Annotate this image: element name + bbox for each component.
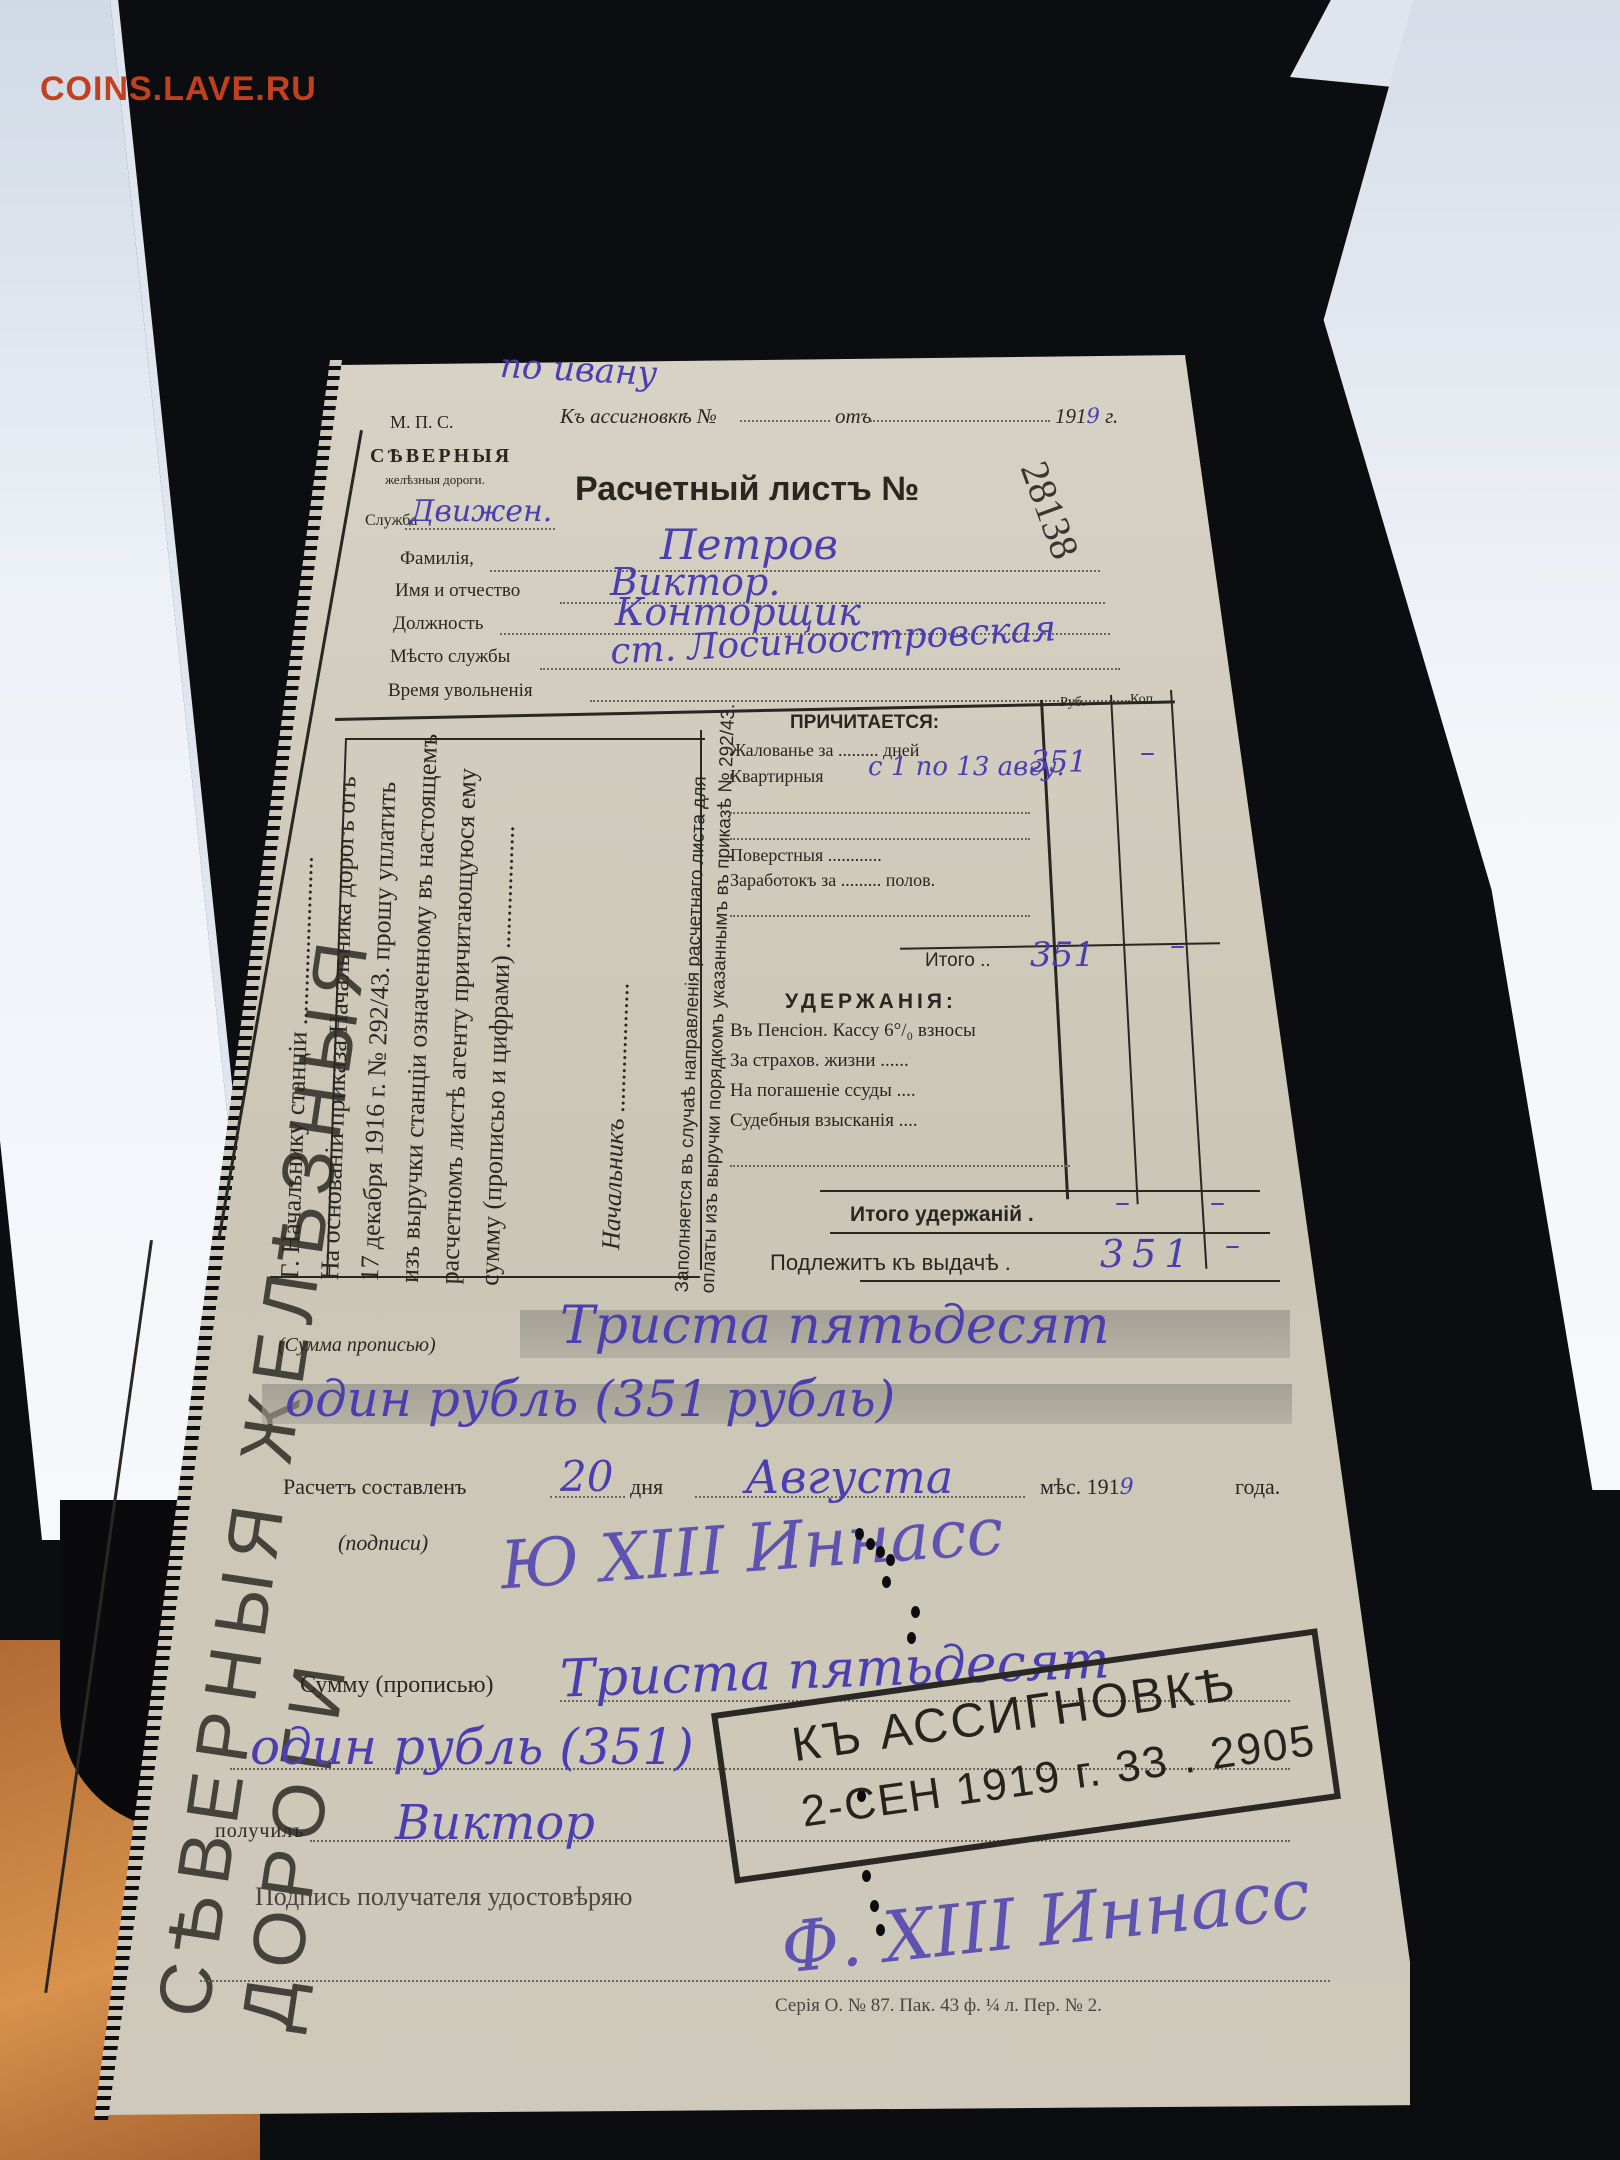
year-label: года. [1235, 1474, 1280, 1500]
year-suffix: г. [1105, 404, 1118, 428]
signatures-label: (подписи) [338, 1530, 428, 1556]
deductions-total-rub: – [1115, 1185, 1130, 1220]
certify-label: Подпись получателя удостовѣряю [255, 1882, 632, 1912]
order-box-top [345, 738, 705, 740]
year-prefix: 191 [1055, 404, 1087, 428]
month-label: мѣс. 1919 [1040, 1474, 1134, 1500]
deductions-total-label: Итого удержаній . [850, 1203, 1034, 1227]
payroll-sheet: СѢВЕРНЫЯ ЖЕЛѢЗНЫЯ ДОРОГИ по ивану М. П. … [0, 0, 1620, 2160]
footer-print-info: Серія О. № 87. Пак. 43 ф. ¼ л. Пер. № 2. [775, 1995, 1102, 2017]
from-label: отъ [835, 404, 872, 429]
bottom-line [200, 1980, 1330, 1982]
payable-label: Подлежитъ къ выдачѣ . [770, 1250, 1011, 1276]
deduction-blank-line [730, 1165, 1070, 1167]
deductions-heading: УДЕРЖАНІЯ: [785, 990, 957, 1014]
field-value-service: Движен. [410, 494, 552, 529]
accrued-blank-line [730, 838, 1030, 840]
drawn-up-year: 9 [1120, 1475, 1134, 1500]
drawn-up-month: Августа [745, 1450, 953, 1504]
field-label-name: Имя и отчество [395, 580, 520, 602]
payable-rule [830, 1232, 1270, 1234]
accrued-row-label: Заработокъ за ......... полов. [730, 870, 935, 891]
deduction-row-label: Судебныя взысканія .... [730, 1110, 918, 1132]
railway-subtitle: желѣзныя дороги. [385, 472, 485, 488]
year-handwritten: 9 [1087, 404, 1100, 428]
deduction-row-label: Въ Пенсіон. Кассу 6°/₀ взносы [730, 1020, 976, 1042]
accrued-row-rub: 351 [1030, 745, 1087, 780]
accrued-row-label: Поверстныя ............ [730, 845, 882, 866]
received-signature: Виктор [395, 1795, 595, 1851]
deduction-row-label: За страхов. жизни ...... [730, 1050, 909, 1072]
payable-kop: – [1225, 1228, 1240, 1263]
accrued-total-label: Итого .. [925, 950, 991, 972]
amount-words-line1: Триста пятьдесят [560, 1296, 1110, 1356]
field-label-workplace: Мѣсто службы [390, 646, 510, 668]
station-order-text: Г. Начальнику станціи ..................… [270, 738, 741, 1293]
accrued-total-rub: 351 [1030, 935, 1095, 975]
field-line-surname [490, 570, 1100, 572]
deductions-total-rule [820, 1190, 1260, 1192]
from-date-line [870, 420, 1050, 422]
payable-bottom-rule [860, 1280, 1280, 1282]
year-printed: 1919 г. [1055, 404, 1118, 429]
accrued-blank-line [730, 915, 1030, 917]
deduction-row-label: На погашеніе ссуды .... [730, 1080, 916, 1102]
assignment-number-line [740, 420, 830, 422]
payable-rub: 351 [1100, 1232, 1197, 1276]
amount-words-line2: один рубль (351 рубль) [285, 1370, 895, 1428]
field-label-surname: Фамилія, [400, 548, 474, 570]
sum-label: Сумму (прописью) [300, 1672, 494, 1699]
railway-name: СѢВЕРНЫЯ [370, 445, 512, 468]
assignment-label: Къ ассигновкѣ № [560, 404, 717, 429]
top-note: по ивану [499, 346, 658, 394]
col-header-rub: Руб. [1060, 695, 1085, 711]
accrued-row-label: Квартирныя [730, 766, 824, 787]
received-label: получилъ [215, 1820, 305, 1843]
accrued-heading: ПРИЧИТАЕТСЯ: [790, 712, 939, 734]
field-label-dismissal: Время увольненія [388, 680, 533, 702]
drawn-up-label: Расчетъ составленъ [283, 1474, 466, 1500]
col-header-kop: Коп. [1130, 692, 1157, 708]
sum-words-line2: один рубль (351) [250, 1718, 694, 1776]
amount-words-label: (Сумма прописью) [278, 1334, 436, 1357]
day-label: дня [630, 1474, 663, 1500]
ministry-label: М. П. С. [390, 412, 454, 433]
month-label-text: мѣс. 191 [1040, 1474, 1120, 1499]
field-line-service [405, 528, 555, 530]
document-title: Расчетный листъ № [575, 470, 919, 509]
field-line-workplace [540, 668, 1120, 670]
accrued-total-kop: – [1170, 928, 1185, 963]
field-label-position: Должность [393, 613, 483, 635]
field-line-dismissal [590, 700, 1130, 702]
drawn-up-day: 20 [560, 1452, 613, 1501]
deductions-total-kop: – [1210, 1185, 1225, 1220]
accrued-row-kop: – [1140, 735, 1155, 770]
accrued-blank-line [730, 812, 1030, 814]
